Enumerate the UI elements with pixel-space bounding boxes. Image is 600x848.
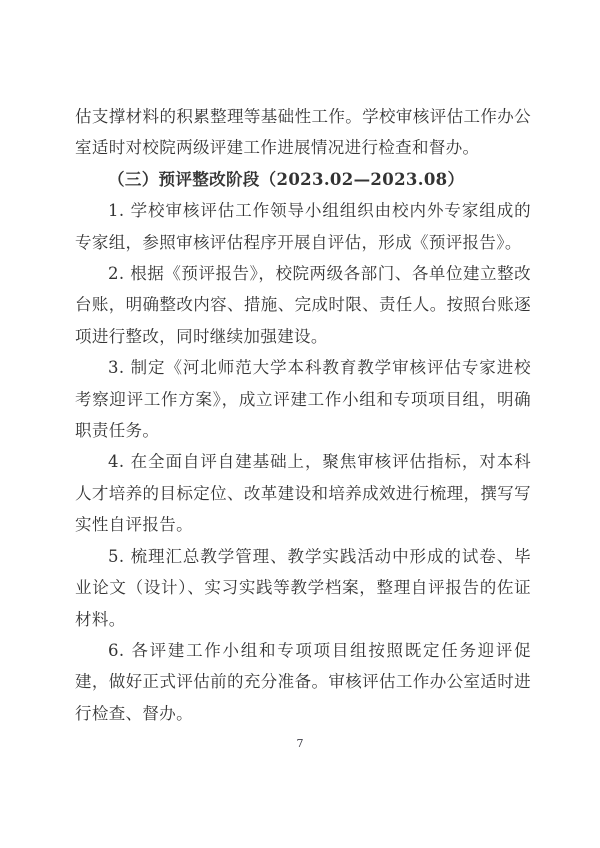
document-page: 估支撑材料的积累整理等基础性工作。学校审核评估工作办公室适时对校院两级评建工作进… — [0, 0, 600, 848]
paragraph: 1. 学校审核评估工作领导小组组织由校内外专家组成的专家组，参照审核评估程序开展… — [75, 195, 531, 258]
paragraph: 5. 梳理汇总教学管理、教学实践活动中形成的试卷、毕业论文（设计）、实习实践等教… — [75, 541, 531, 635]
paragraph: 4. 在全面自评自建基础上，聚焦审核评估指标，对本科人才培养的目标定位、改革建设… — [75, 446, 531, 540]
document-body: 估支撑材料的积累整理等基础性工作。学校审核评估工作办公室适时对校院两级评建工作进… — [75, 101, 531, 729]
paragraph: 2. 根据《预评报告》，校院两级各部门、各单位建立整改台账，明确整改内容、措施、… — [75, 258, 531, 352]
paragraph: 6. 各评建工作小组和专项项目组按照既定任务迎评促建，做好正式评估前的充分准备。… — [75, 635, 531, 729]
paragraph: 估支撑材料的积累整理等基础性工作。学校审核评估工作办公室适时对校院两级评建工作进… — [75, 101, 531, 164]
section-heading: （三）预评整改阶段（2023.02—2023.08） — [75, 164, 531, 195]
paragraph: 3. 制定《河北师范大学本科教育教学审核评估专家进校考察迎评工作方案》，成立评建… — [75, 352, 531, 446]
page-number: 7 — [0, 737, 600, 751]
